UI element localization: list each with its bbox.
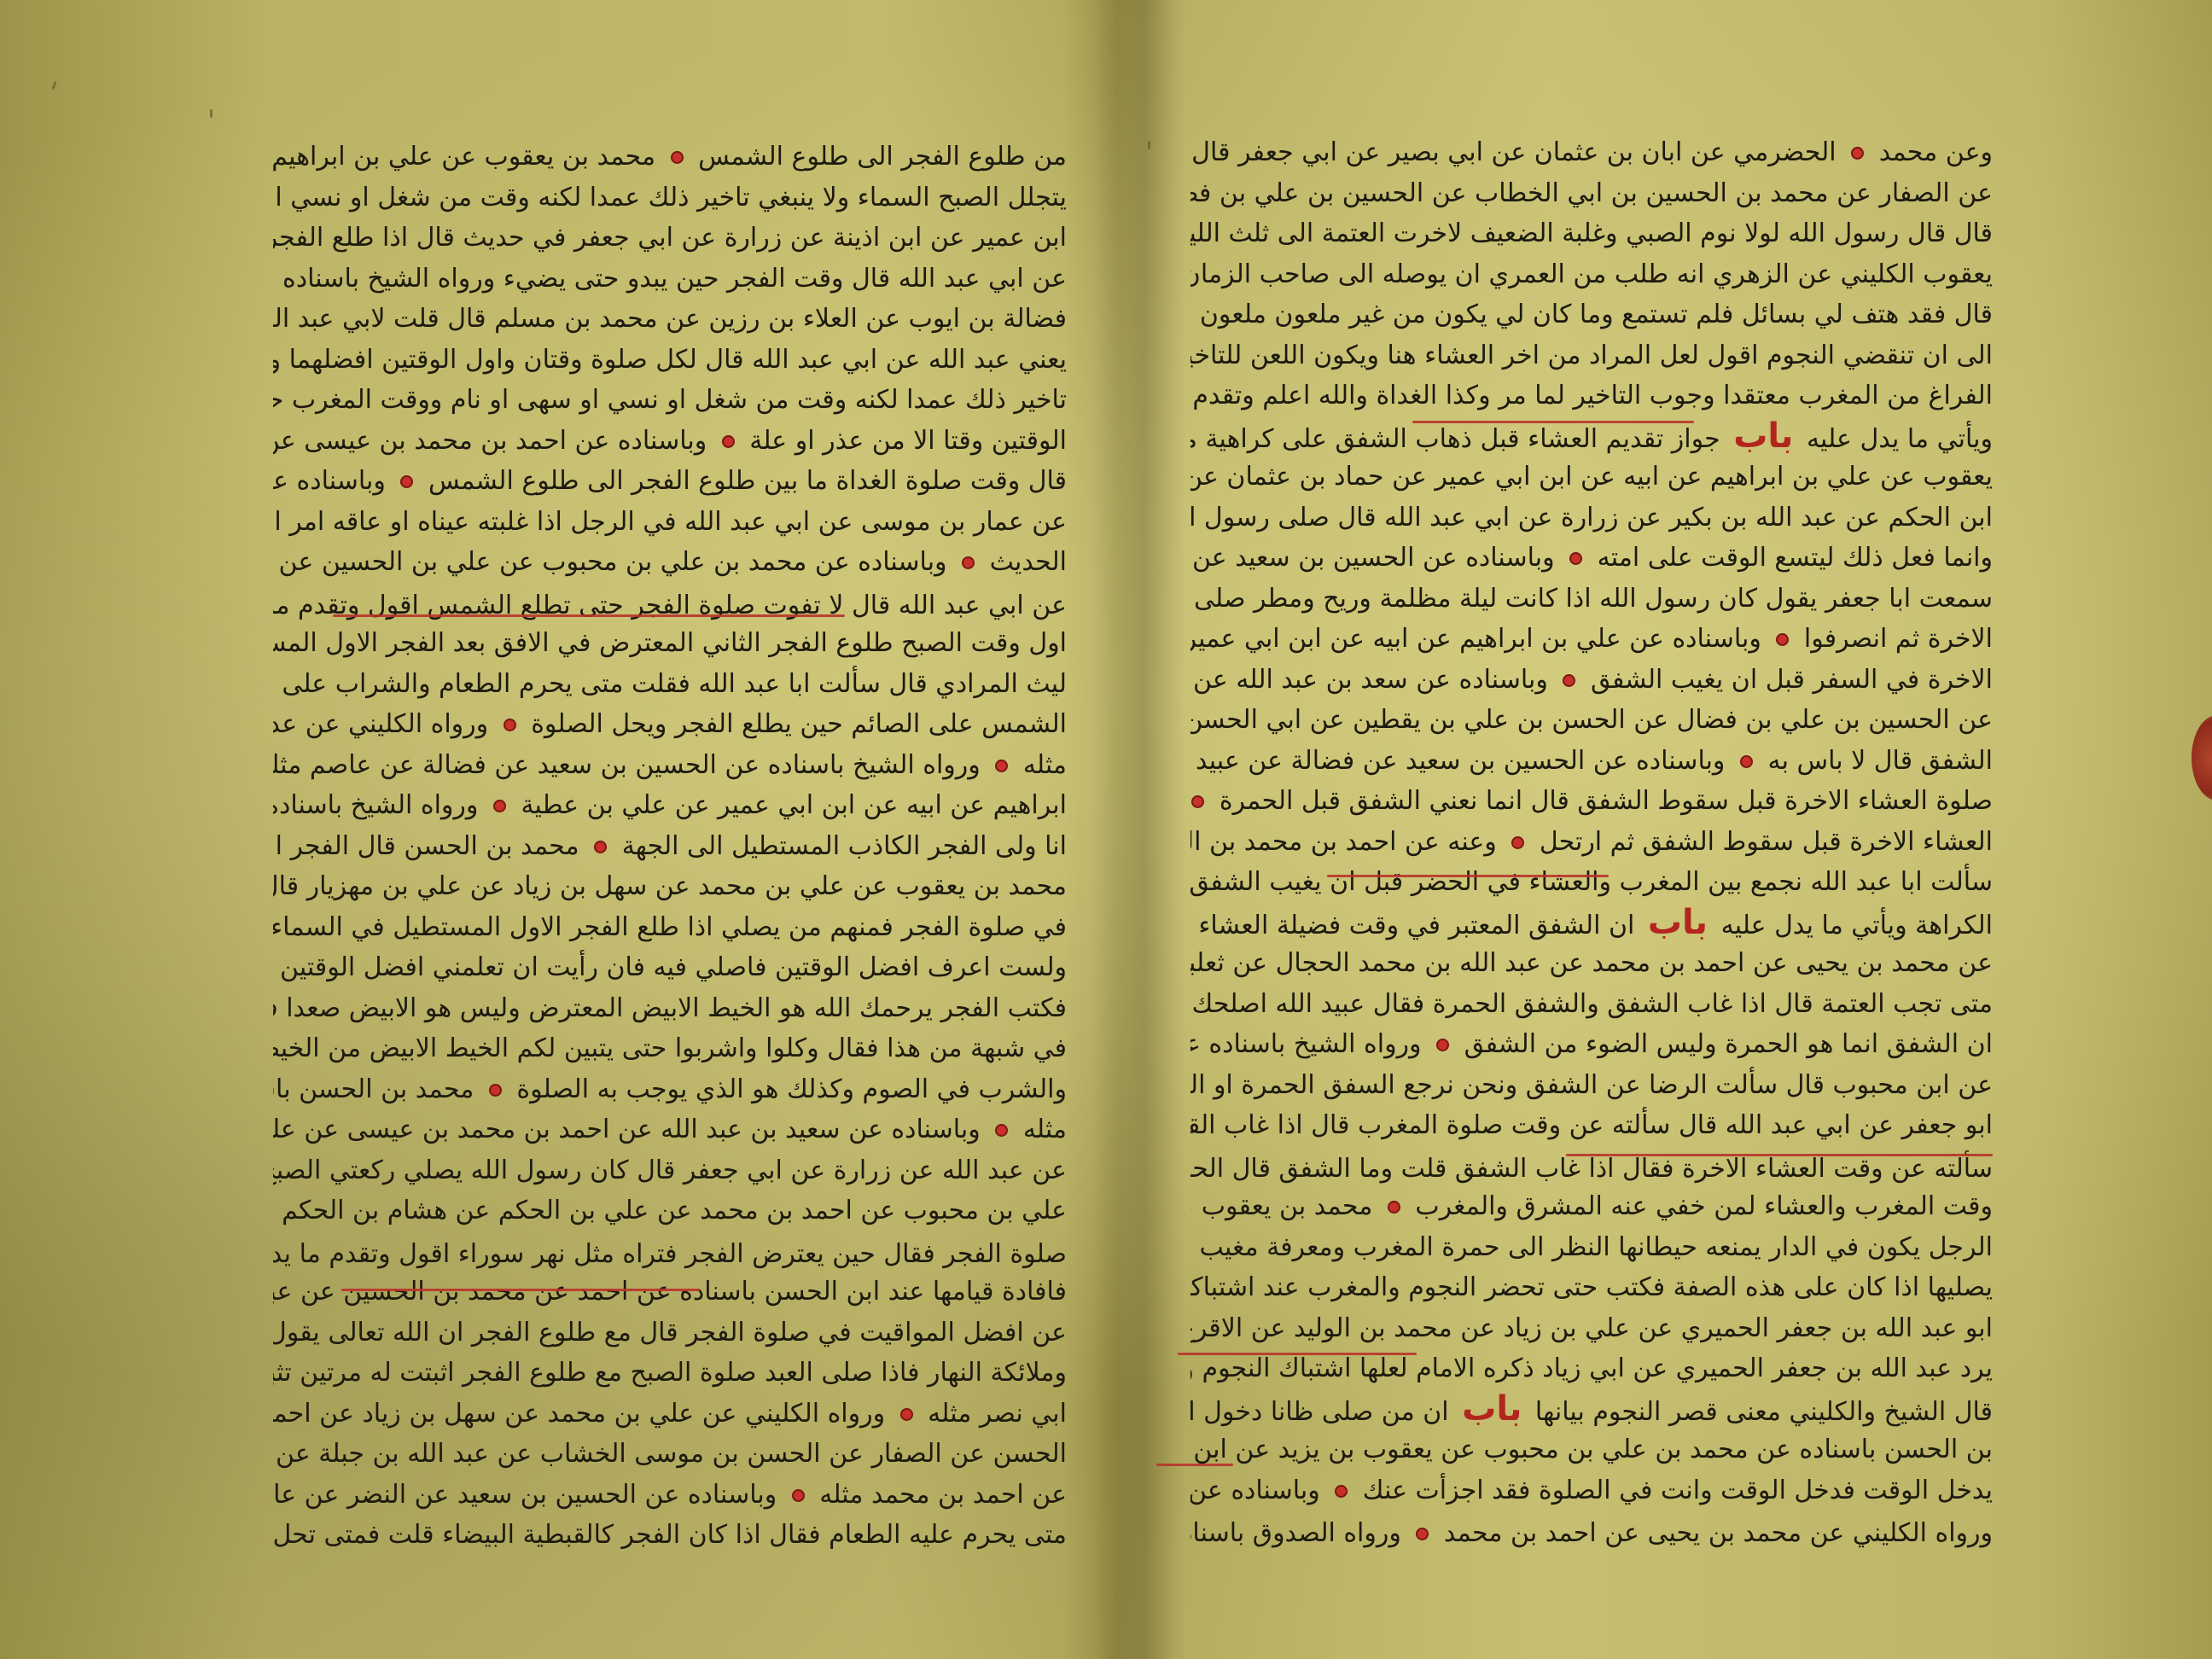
manuscript-line: الوقتين وقتا الا من عذر او علة وباسناده … [273, 421, 1067, 462]
rubric-dot-icon [995, 760, 1008, 772]
manuscript-line: من طلوع الفجر الى طلوع الشمس محمد بن يعق… [273, 137, 1067, 178]
book-gutter [1092, 0, 1186, 1659]
manuscript-line: العشاء الاخرة قبل سقوط الشفق ثم ارتحل وع… [1190, 822, 1993, 863]
manuscript-line: يعقوب عن علي بن ابراهيم عن ابيه عن ابن ا… [1190, 457, 1993, 498]
manuscript-line: فافادة قيامها عند ابن الحسن باسناده عن ا… [273, 1272, 1067, 1313]
manuscript-line: الى ان تنقضي النجوم اقول لعل المراد من ا… [1190, 335, 1993, 376]
rubric-dot-icon [493, 800, 506, 812]
paper-speck [51, 81, 56, 90]
manuscript-line: علي بن محبوب عن احمد بن محمد عن علي بن ا… [273, 1190, 1067, 1231]
chapter-heading-bab: باب [1733, 416, 1793, 456]
manuscript-line: وملائكة النهار فاذا صلى العبد صلوة الصبح… [273, 1353, 1067, 1394]
manuscript-line: الشمس على الصائم حين يطلع الفجر ويحل الص… [273, 704, 1067, 745]
manuscript-line: ليث المرادي قال سألت ابا عبد الله فقلت م… [273, 664, 1067, 705]
manuscript-line: عن عبد الله عن زرارة عن ابي جعفر قال كان… [273, 1150, 1067, 1191]
manuscript-line: قال قال رسول الله لولا نوم الصبي وغلبة ا… [1190, 213, 1993, 254]
manuscript-line: متى يحرم عليه الطعام فقال اذا كان الفجر … [273, 1515, 1067, 1556]
manuscript-line: فكتب الفجر يرحمك الله هو الخيط الابيض ال… [273, 988, 1067, 1029]
manuscript-line: يصليها اذا كان على هذه الصفة فكتب حتى تح… [1190, 1267, 1993, 1308]
manuscript-line: ابن عمير عن ابن اذينة عن زرارة عن ابي جع… [273, 218, 1067, 259]
manuscript-line: عن الحسين بن علي بن فضال عن الحسن بن علي… [1190, 700, 1993, 741]
manuscript-line: متى تجب العتمة قال اذا غاب الشفق والشفق … [1190, 984, 1993, 1025]
right-page-text: وعن محمد الحضرمي عن ابان بن عثمان عن ابي… [1190, 132, 1993, 1551]
manuscript-line: يدخل الوقت فدخل الوقت وانت في الصلوة فقد… [1190, 1470, 1993, 1511]
manuscript-line: فضالة بن ايوب عن العلاء بن رزين عن محمد … [273, 299, 1067, 340]
manuscript-line: الحسن عن الصفار عن الحسن بن موسى الخشاب … [273, 1434, 1067, 1475]
manuscript-line: الشفق قال لا باس به وباسناده عن الحسين ب… [1190, 741, 1993, 782]
rubric-dot-icon [504, 719, 516, 731]
manuscript-line: في صلوة الفجر فمنهم من يصلي اذا طلع الفج… [273, 907, 1067, 948]
rubric-dot-icon [962, 556, 975, 569]
manuscript-line: في شبهة من هذا فقال وكلوا واشربوا حتى يت… [273, 1028, 1067, 1069]
rubric-dot-icon [1511, 836, 1524, 849]
manuscript-line: مثله وباسناده عن سعيد بن عبد الله عن احم… [273, 1109, 1067, 1150]
manuscript-line: عن احمد بن محمد مثله وباسناده عن الحسين … [273, 1475, 1067, 1516]
manuscript-line: بن الحسن باسناده عن محمد بن علي بن محبوب… [1190, 1429, 1993, 1470]
manuscript-line: صلوة العشاء الاخرة قبل سقوط الشفق قال ان… [1190, 781, 1993, 822]
manuscript-line: عن ابي عبد الله قال وقت الفجر حين يبدو ح… [273, 259, 1067, 300]
manuscript-spread: من طلوع الفجر الى طلوع الشمس محمد بن يعق… [0, 0, 2212, 1659]
rubric-dot-icon [1569, 552, 1582, 565]
manuscript-line: ابو جعفر عن ابي عبد الله قال سألته عن وق… [1190, 1105, 1993, 1146]
manuscript-line: تاخير ذلك عمدا لكنه وقت من شغل او نسي او… [273, 380, 1067, 421]
rubric-dot-icon [1563, 674, 1575, 687]
rubric-dot-icon [1776, 633, 1789, 646]
chapter-heading-bab: باب [1648, 903, 1708, 942]
manuscript-line: ابن الحكم عن عبد الله بن بكير عن زرارة ع… [1190, 498, 1993, 538]
rubric-dot-icon [900, 1408, 913, 1421]
rubric-overline [341, 1289, 700, 1291]
manuscript-line: عن محمد بن يحيى عن احمد بن محمد عن عبد ا… [1190, 943, 1993, 984]
manuscript-line: سألت ابا عبد الله نجمع بين المغرب والعشا… [1190, 862, 1993, 903]
left-page-text: من طلوع الفجر الى طلوع الشمس محمد بن يعق… [273, 137, 1067, 1556]
manuscript-line: الكراهة ويأتي ما يدل عليه باب ان الشفق ا… [1190, 903, 1993, 944]
manuscript-line: قال وقت صلوة الغداة ما بين طلوع الفجر ال… [273, 461, 1067, 502]
paper-speck [1148, 141, 1150, 149]
manuscript-line: والشرب في الصوم وكذلك هو الذي يوجب به ال… [273, 1069, 1067, 1110]
rubric-dot-icon [1416, 1528, 1429, 1540]
rubric-dot-icon [594, 841, 607, 853]
manuscript-line: الاخرة ثم انصرفوا وباسناده عن علي بن ابر… [1190, 619, 1993, 660]
rubric-dot-icon [1191, 795, 1204, 808]
rubric-dot-icon [1851, 147, 1864, 160]
manuscript-line: وقت المغرب والعشاء لمن خفي عنه المشرق وا… [1190, 1186, 1993, 1227]
right-page: وعن محمد الحضرمي عن ابان بن عثمان عن ابي… [1190, 132, 1993, 1515]
manuscript-line: سمعت ابا جعفر يقول كان رسول الله اذا كان… [1190, 579, 1993, 620]
rubric-dot-icon [1740, 755, 1753, 768]
manuscript-line: عن ابن محبوب قال سألت الرضا عن الشفق ونح… [1190, 1065, 1993, 1106]
rubric-dot-icon [1436, 1039, 1449, 1051]
manuscript-line: عن الصفار عن محمد بن الحسين بن ابي الخطا… [1190, 173, 1993, 214]
manuscript-line: ابراهيم عن ابيه عن ابن ابي عمير عن علي ب… [273, 785, 1067, 826]
manuscript-line: الرجل يكون في الدار يمنعه حيطانها النظر … [1190, 1227, 1993, 1268]
rubric-dot-icon [400, 475, 413, 488]
rubric-dot-icon [722, 435, 735, 448]
rubric-dot-icon [489, 1084, 502, 1097]
rubric-dot-icon [1335, 1485, 1348, 1498]
rubric-dot-icon [671, 151, 684, 164]
rubric-dot-icon [1388, 1201, 1400, 1214]
manuscript-line: ابي نصر مثله ورواه الكليني عن علي بن محم… [273, 1394, 1067, 1435]
manuscript-line: ولست اعرف افضل الوقتين فاصلي فيه فان رأي… [273, 947, 1067, 988]
manuscript-line: انا ولى الفجر الكاذب المستطيل الى الجهة … [273, 826, 1067, 867]
manuscript-line: مثله ورواه الشيخ باسناده عن الحسين بن سع… [273, 745, 1067, 786]
rubric-overline [1566, 1154, 1993, 1156]
manuscript-line: الاخرة في السفر قبل ان يغيب الشفق وباسنا… [1190, 660, 1993, 701]
paper-speck [210, 109, 212, 118]
manuscript-line: يعني عبد الله عن ابي عبد الله قال لكل صل… [273, 340, 1067, 381]
rubric-dot-icon [792, 1489, 805, 1502]
chapter-heading-bab: باب [1462, 1389, 1522, 1429]
rubric-overline [1327, 875, 1609, 877]
manuscript-line: يعقوب الكليني عن الزهري انه طلب من العمر… [1190, 254, 1993, 295]
rubric-overline [1156, 1464, 1233, 1466]
rubric-overline [1178, 1353, 1417, 1355]
rubric-overline [333, 614, 845, 617]
manuscript-line: صلوة الفجر فقال حين يعترض الفجر فتراه مث… [273, 1231, 1067, 1272]
manuscript-line: الفراغ من المغرب معتقدا وجوب التاخير لما… [1190, 375, 1993, 416]
manuscript-line: عن عمار بن موسى عن ابي عبد الله في الرجل… [273, 502, 1067, 543]
left-page: من طلوع الفجر الى طلوع الشمس محمد بن يعق… [273, 137, 1067, 1485]
manuscript-line: محمد بن يعقوب عن علي بن محمد عن سهل بن ز… [273, 866, 1067, 907]
manuscript-line: الحديث وباسناده عن محمد بن علي بن محبوب … [273, 542, 1067, 583]
manuscript-line: وانما فعل ذلك ليتسع الوقت على امته وباسن… [1190, 538, 1993, 579]
manuscript-line: ابو عبد الله بن جعفر الحميري عن علي بن ز… [1190, 1308, 1993, 1349]
manuscript-line: وعن محمد الحضرمي عن ابان بن عثمان عن ابي… [1190, 132, 1993, 173]
manuscript-line: قال فقد هتف لي بسائل فلم تستمع وما كان ل… [1190, 294, 1993, 335]
manuscript-line: ان الشفق انما هو الحمرة وليس الضوء من ال… [1190, 1024, 1993, 1065]
manuscript-line: سألته عن وقت العشاء الاخرة فقال اذا غاب … [1190, 1146, 1993, 1187]
manuscript-line: يتجلل الصبح السماء ولا ينبغي تاخير ذلك ع… [273, 178, 1067, 218]
fingertip [2192, 715, 2212, 800]
rubric-overline [1412, 421, 1694, 423]
manuscript-line: عن افضل المواقيت في صلوة الفجر قال مع طل… [273, 1313, 1067, 1353]
manuscript-line: ورواه الكليني عن محمد بن يحيى عن احمد بن… [1190, 1511, 1993, 1551]
manuscript-line: قال الشيخ والكليني معنى قصر النجوم بيانه… [1190, 1389, 1993, 1430]
rubric-dot-icon [995, 1124, 1008, 1137]
manuscript-line: اول وقت الصبح طلوع الفجر الثاني المعترض … [273, 623, 1067, 664]
